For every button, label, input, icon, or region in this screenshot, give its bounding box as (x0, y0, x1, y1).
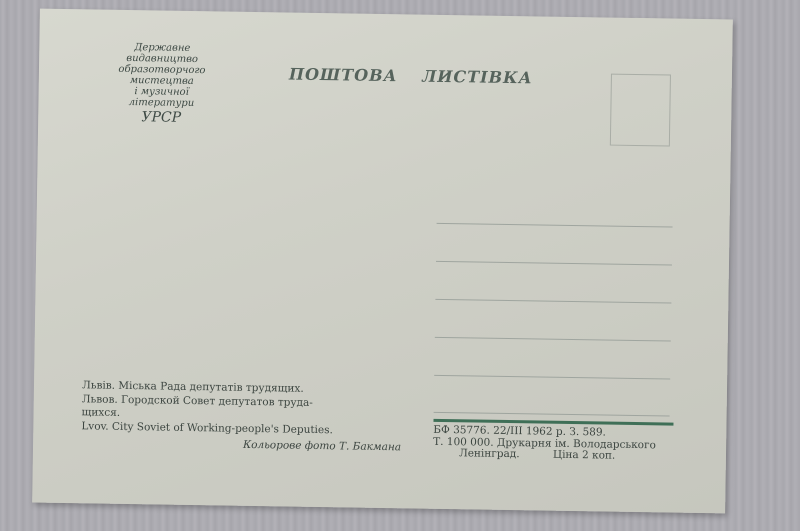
imprint: БФ 35776. 22/III 1962 р. З. 589. Т. 100 … (433, 425, 674, 463)
postcard-title: ПОШТОВА ЛИСТІВКА (289, 65, 533, 88)
publisher-line: мистецтва (117, 75, 207, 87)
address-line (435, 337, 671, 342)
address-line (434, 375, 670, 380)
publisher-line: УРСР (116, 108, 206, 127)
address-line (435, 299, 671, 304)
postcard: Державне видавництво образотворчого мист… (32, 9, 733, 514)
publisher-mark: Державне видавництво образотворчого мист… (116, 42, 207, 127)
address-line (437, 223, 673, 228)
caption: Львів. Міська Рада депутатів трудящих. Л… (81, 379, 402, 455)
publisher-line: літератури (116, 97, 206, 109)
stamp-box (610, 74, 671, 147)
address-line (436, 261, 672, 266)
photo-credit: Кольорове фото Т. Бакмана (81, 436, 401, 455)
address-line (434, 412, 670, 417)
